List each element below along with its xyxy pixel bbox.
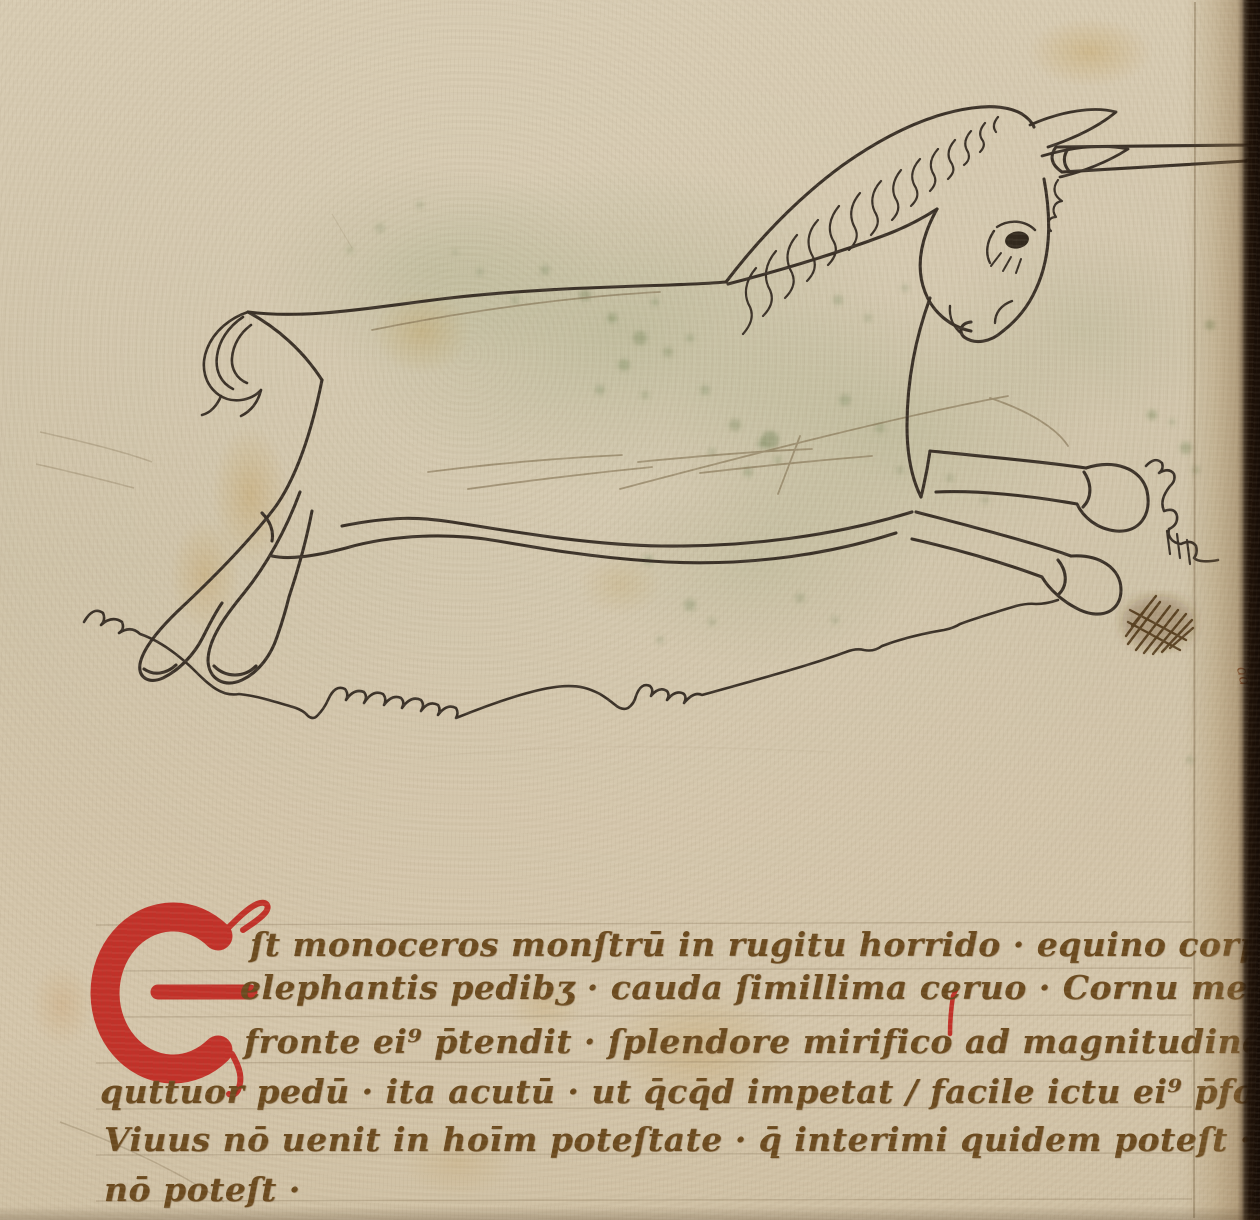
unicorn-hind-leg-rear — [140, 380, 322, 680]
unicorn-forelock — [1048, 180, 1062, 231]
unicorn-mane-strands — [743, 117, 998, 334]
unicorn-eye — [1004, 230, 1031, 251]
edge-scribble: dd — [1233, 665, 1255, 688]
unicorn-eyelashes — [991, 253, 1021, 273]
text-line-4: quttuor pedū · ita acutū · ut q̄cq̄d imp… — [100, 1072, 1260, 1111]
ground-line-right — [1146, 460, 1218, 561]
unicorn-ears — [1030, 110, 1128, 177]
text-line-2: elephantis pedibʒ · cauda ſimillima ceru… — [240, 968, 1260, 1007]
unicorn-throat-chest — [907, 298, 930, 497]
unicorn-neck-line — [728, 209, 937, 284]
monoceros-unicorn-drawing — [84, 107, 1251, 718]
green-mould-speckles — [346, 201, 1215, 764]
unicorn-muzzle — [961, 322, 1003, 342]
unicorn-tail — [202, 312, 261, 416]
text-line-3: fronte ei⁹ p̄tendit · ſplendore mirifico… — [244, 1022, 1260, 1061]
faint-sketch-lines — [372, 292, 1068, 494]
text-line-5: Viuus nō uenit in hoīm poteſtate · q̄ in… — [104, 1120, 1260, 1159]
unicorn-front-leg-upper — [930, 451, 1148, 531]
text-line-1: ſt monoceros monſtrū in rugitu horrido ·… — [250, 925, 1260, 964]
unicorn-hind-leg-front — [208, 492, 312, 683]
hatched-ink-patch — [1122, 596, 1194, 654]
unicorn-front-leg-lower — [912, 512, 1121, 614]
unicorn-belly-lines — [272, 512, 912, 563]
manuscript-page: dd ſt monoceros monſtrū in rugitu horrid… — [0, 0, 1260, 1220]
unicorn-rump-line — [248, 312, 322, 380]
unicorn-jaw-line — [920, 209, 971, 331]
unicorn-nostril — [995, 301, 1012, 323]
text-line-6: nō poteſt · — [104, 1170, 301, 1209]
ground-line-left — [84, 600, 1058, 718]
unicorn-face-line — [1003, 179, 1049, 331]
unicorn-horn — [1052, 145, 1251, 172]
